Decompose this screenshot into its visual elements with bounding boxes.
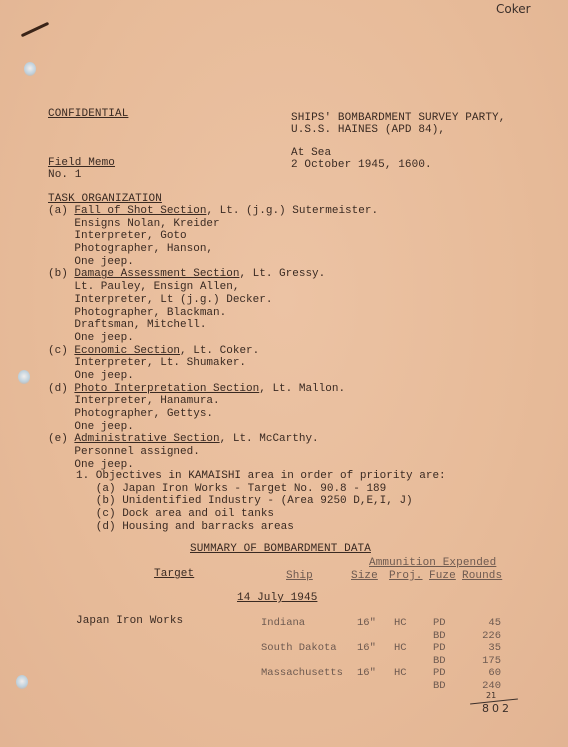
objectives-intro: 1. Objectives in KAMAISHI area in order …	[76, 470, 446, 483]
organization-line-2: U.S.S. HAINES (APD 84),	[291, 124, 445, 137]
handwritten-name: Coker	[496, 2, 531, 16]
cell-fuze: PD	[433, 667, 446, 679]
section-name: Economic Section	[74, 345, 180, 357]
column-fuze: Fuze	[429, 570, 456, 583]
section-heading: (b) Damage Assessment Section, Lt. Gress…	[48, 268, 378, 281]
objective-item: (a) Japan Iron Works - Target No. 90.8 -…	[76, 483, 446, 496]
document-page: Coker CONFIDENTIAL SHIPS' BOMBARDMENT SU…	[0, 0, 568, 747]
section-letter: (e)	[48, 433, 74, 445]
column-rounds: Rounds	[462, 570, 502, 583]
section-heading: (c) Economic Section, Lt. Coker.	[48, 345, 378, 358]
cell-proj: HC	[394, 617, 407, 629]
section-heading: (a) Fall of Shot Section, Lt. (j.g.) Sut…	[48, 205, 378, 218]
section-member-line: Photographer, Hanson,	[48, 243, 378, 256]
objective-item: (b) Unidentified Industry - (Area 9250 D…	[76, 495, 446, 508]
cell-fuze: BD	[433, 680, 446, 692]
section-member-line: Photographer, Blackman.	[48, 307, 378, 320]
section-heading: (d) Photo Interpretation Section, Lt. Ma…	[48, 383, 378, 396]
section-name: Photo Interpretation Section	[74, 383, 259, 395]
section-member-line: Ensigns Nolan, Kreider	[48, 218, 378, 231]
section-member-line: Interpreter, Lt. Shumaker.	[48, 357, 378, 370]
column-ship: Ship	[286, 570, 313, 583]
section-letter: (c)	[48, 345, 74, 357]
section-member-line: Interpreter, Lt (j.g.) Decker.	[48, 294, 378, 307]
memo-number: No. 1	[48, 169, 82, 182]
pencil-mark	[21, 22, 49, 37]
ammunition-group-header: Ammunition Expended	[369, 557, 496, 570]
cell-fuze: BD	[433, 655, 446, 667]
section-lead: , Lt. McCarthy.	[220, 433, 319, 445]
section-lead: , Lt. Mallon.	[259, 383, 345, 395]
section-member-line: Personnel assigned.	[48, 446, 378, 459]
task-organization-list: (a) Fall of Shot Section, Lt. (j.g.) Sut…	[48, 205, 378, 471]
cell-rounds: 60	[461, 667, 501, 679]
punch-hole	[16, 675, 28, 689]
section-lead: , Lt. Coker.	[180, 345, 259, 357]
column-target: Target	[154, 568, 194, 581]
memo-title: Field Memo	[48, 157, 115, 170]
section-member-line: Photographer, Gettys.	[48, 408, 378, 421]
cell-ship: Indiana	[261, 617, 305, 629]
cell-fuze: PD	[433, 617, 446, 629]
section-lead: , Lt. Gressy.	[239, 268, 325, 280]
section-member-line: One jeep.	[48, 256, 378, 269]
cell-rounds: 45	[461, 617, 501, 629]
classification-label: CONFIDENTIAL	[48, 108, 128, 121]
section-member-line: Interpreter, Hanamura.	[48, 395, 378, 408]
summary-title: SUMMARY OF BOMBARDMENT DATA	[190, 543, 371, 556]
handwritten-extra: 21	[486, 691, 496, 700]
target-name: Japan Iron Works	[76, 615, 183, 628]
section-member-line: Lt. Pauley, Ensign Allen,	[48, 281, 378, 294]
section-lead: , Lt. (j.g.) Sutermeister.	[206, 205, 378, 217]
section-name: Fall of Shot Section	[74, 205, 206, 217]
cell-fuze: BD	[433, 630, 446, 642]
organization-line-1: SHIPS' BOMBARDMENT SURVEY PARTY,	[291, 112, 505, 125]
cell-proj: HC	[394, 642, 407, 654]
cell-rounds: 35	[461, 642, 501, 654]
section-letter: (a)	[48, 205, 74, 217]
summary-date: 14 July 1945	[237, 592, 317, 605]
section-name: Damage Assessment Section	[74, 268, 239, 280]
cell-size: 16"	[357, 667, 376, 679]
handwritten-total: 802	[482, 702, 512, 715]
objective-item: (d) Housing and barracks areas	[76, 521, 446, 534]
cell-rounds: 240	[461, 680, 501, 692]
cell-size: 16"	[357, 617, 376, 629]
section-member-line: One jeep.	[48, 421, 378, 434]
cell-proj: HC	[394, 667, 407, 679]
date-time: 2 October 1945, 1600.	[291, 159, 432, 172]
objectives-list: 1. Objectives in KAMAISHI area in order …	[76, 470, 446, 533]
cell-fuze: PD	[433, 642, 446, 654]
section-heading: (e) Administrative Section, Lt. McCarthy…	[48, 433, 378, 446]
section-name: Administrative Section	[74, 433, 219, 445]
objective-item: (c) Dock area and oil tanks	[76, 508, 446, 521]
punch-hole	[24, 62, 36, 76]
section-letter: (d)	[48, 383, 74, 395]
section-letter: (b)	[48, 268, 74, 280]
section-member-line: Draftsman, Mitchell.	[48, 319, 378, 332]
cell-rounds: 175	[461, 655, 501, 667]
cell-ship: South Dakota	[261, 642, 337, 654]
location: At Sea	[291, 147, 331, 160]
column-size: Size	[351, 570, 378, 583]
cell-rounds: 226	[461, 630, 501, 642]
section-member-line: One jeep.	[48, 332, 378, 345]
section-member-line: Interpreter, Goto	[48, 230, 378, 243]
cell-ship: Massachusetts	[261, 667, 343, 679]
punch-hole	[18, 370, 30, 384]
column-proj: Proj.	[389, 570, 423, 583]
task-organization-heading: TASK ORGANIZATION	[48, 193, 162, 206]
section-member-line: One jeep.	[48, 370, 378, 383]
cell-size: 16"	[357, 642, 376, 654]
